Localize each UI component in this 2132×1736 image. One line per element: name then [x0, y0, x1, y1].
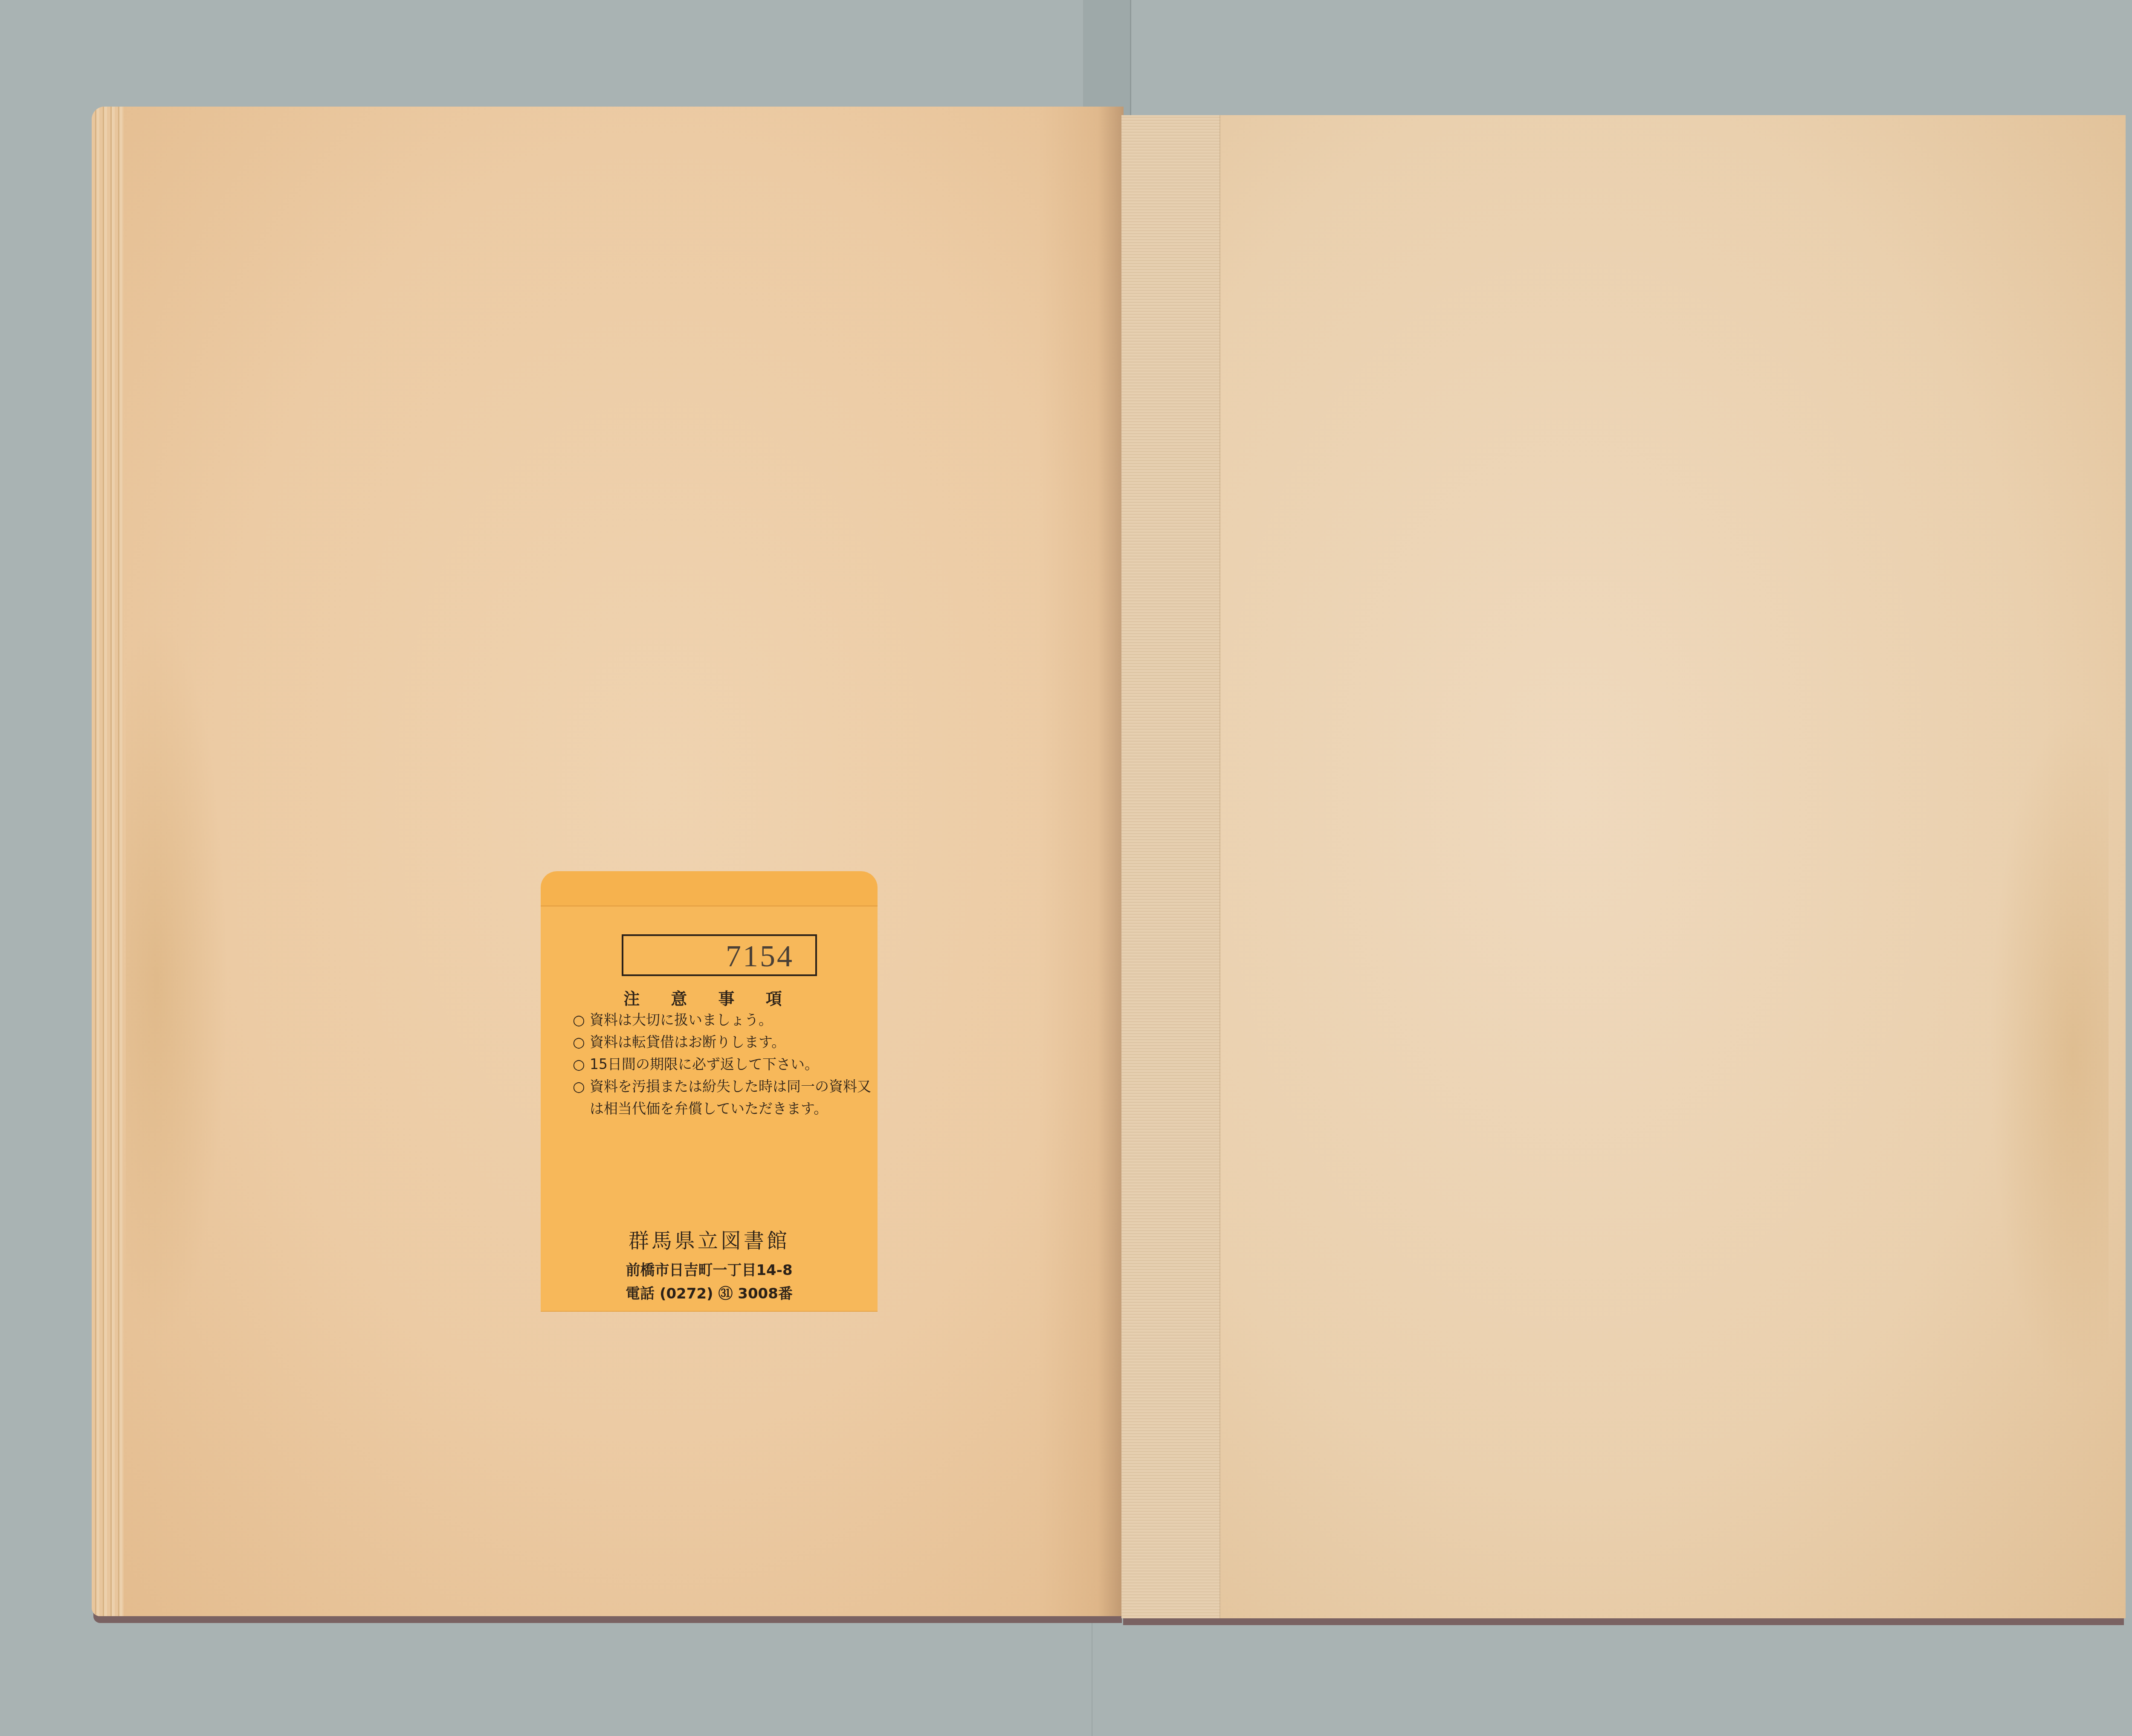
circle-bullet-icon: ○ — [573, 1031, 585, 1053]
notice-item: ○資料は大切に扱いましょう。 — [573, 1009, 871, 1031]
library-name: 群馬県立図書館 — [541, 1224, 878, 1254]
notice-item: ○資料は転貸借はお断りします。 — [573, 1031, 871, 1053]
foxing-stain-right — [1989, 712, 2109, 1394]
circle-bullet-icon: ○ — [573, 1053, 585, 1075]
call-number: 7154 — [726, 939, 794, 974]
library-phone: 電話 (0272) ㉛ 3008番 — [541, 1282, 878, 1303]
notice-item: ○資料を汚損または紛失した時は同一の資料又は相当代価を弁償していただきます。 — [573, 1075, 871, 1120]
spine-shadow-bottom — [1092, 1620, 1105, 1736]
foxing-stain-left — [126, 618, 228, 1343]
left-page: 7154 注 意 事 項 ○資料は大切に扱いましょう。 ○資料は転貸借はお断りし… — [92, 107, 1124, 1616]
page-edge-stack — [92, 107, 124, 1616]
library-card-pocket: 7154 注 意 事 項 ○資料は大切に扱いましょう。 ○資料は転貸借はお断りし… — [541, 871, 878, 1310]
hinge-strip — [1121, 115, 1220, 1618]
gutter-shadow-left — [1038, 107, 1124, 1616]
library-address: 前橋市日吉町一丁目14-8 — [541, 1258, 878, 1279]
notice-title: 注 意 事 項 — [541, 985, 878, 1009]
circle-bullet-icon: ○ — [573, 1009, 585, 1031]
call-number-box: 7154 — [622, 934, 817, 976]
notice-list: ○資料は大切に扱いましょう。 ○資料は転貸借はお断りします。 ○15日間の期限に… — [573, 1009, 871, 1120]
right-page — [1121, 115, 2126, 1618]
notice-item: ○15日間の期限に必ず返して下さい。 — [573, 1053, 871, 1075]
circle-bullet-icon: ○ — [573, 1075, 585, 1098]
spine-shadow — [1083, 0, 1131, 115]
pocket-body: 7154 注 意 事 項 ○資料は大切に扱いましょう。 ○資料は転貸借はお断りし… — [541, 905, 878, 1311]
